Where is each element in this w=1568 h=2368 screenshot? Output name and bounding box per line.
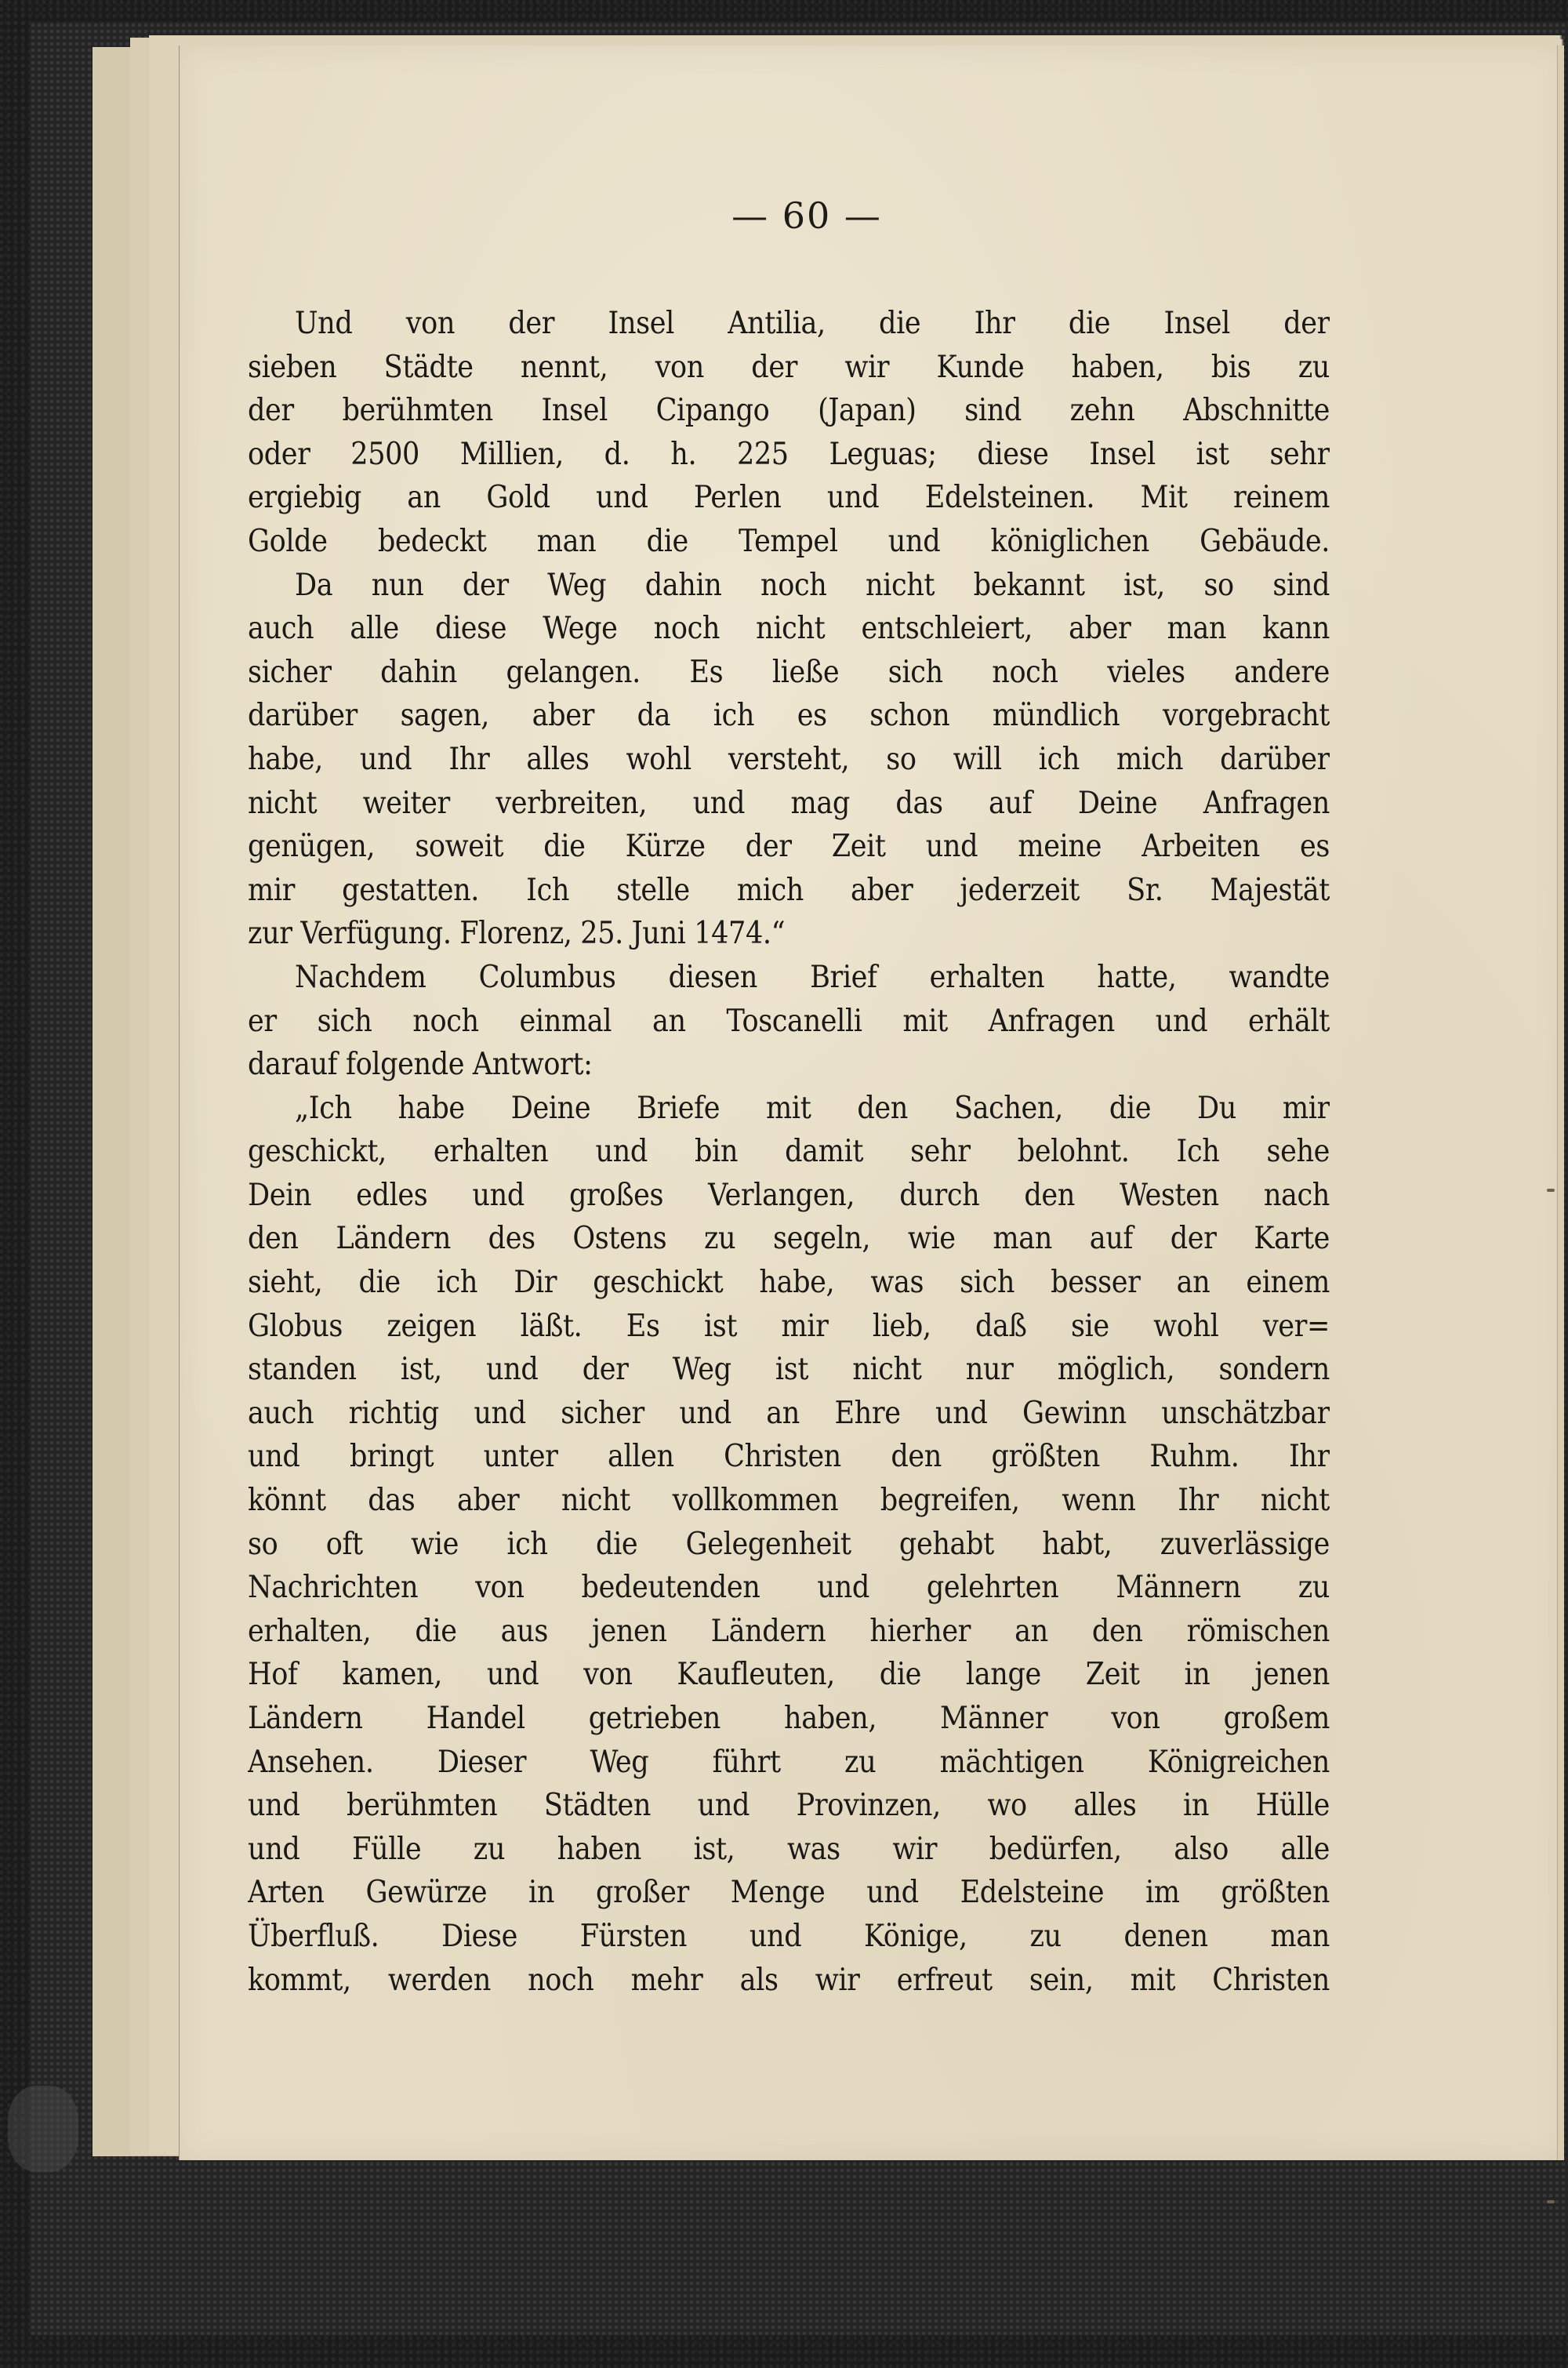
margin-mark <box>1547 2200 1555 2203</box>
cover-corner-wear <box>8 2086 78 2172</box>
text-line: Ländern Handel getrieben haben, Männer v… <box>248 1697 1330 1741</box>
text-line: oder 2500 Millien, d. h. 225 Leguas; die… <box>248 433 1330 477</box>
text-line: Arten Gewürze in großer Menge und Edelst… <box>248 1871 1330 1915</box>
text-line: standen ist, und der Weg ist nicht nur m… <box>248 1348 1330 1392</box>
text-line: könnt das aber nicht vollkommen begreife… <box>248 1479 1330 1523</box>
text-line: Da nun der Weg dahin noch nicht bekannt … <box>248 564 1330 608</box>
text-line: sieht, die ich Dir geschickt habe, was s… <box>248 1261 1330 1305</box>
text-line: Hof kamen, und von Kaufleuten, die lange… <box>248 1653 1330 1697</box>
text-line: Nachdem Columbus diesen Brief erhalten h… <box>248 956 1330 1000</box>
text-line: auch alle diese Wege noch nicht entschle… <box>248 607 1330 651</box>
text-line: Dein edles und großes Verlangen, durch d… <box>248 1174 1330 1218</box>
text-line: kommt, werden noch mehr als wir erfreut … <box>248 1959 1330 2003</box>
page-number: — 60 — <box>45 194 1568 237</box>
text-line: Und von der Insel Antilia, die Ihr die I… <box>248 302 1330 346</box>
text-line: und Fülle zu haben ist, was wir bedürfen… <box>248 1828 1330 1872</box>
text-line: geschickt, erhalten und bin damit sehr b… <box>248 1130 1330 1174</box>
text-line: mir gestatten. Ich stelle mich aber jede… <box>248 869 1330 913</box>
text-line: Nachrichten von bedeutenden und gelehrte… <box>248 1566 1330 1610</box>
text-line: darauf folgende Antwort: <box>248 1043 1330 1087</box>
text-line: der berühmten Insel Cipango (Japan) sind… <box>248 389 1330 433</box>
text-line: „Ich habe Deine Briefe mit den Sachen, d… <box>248 1087 1330 1131</box>
text-line: Globus zeigen läßt. Es ist mir lieb, daß… <box>248 1305 1330 1349</box>
text-line: Golde bedeckt man die Tempel und königli… <box>248 520 1330 564</box>
text-line: Überfluß. Diese Fürsten und Könige, zu d… <box>248 1915 1330 1959</box>
margin-mark <box>1547 1189 1555 1192</box>
text-line: genügen, soweit die Kürze der Zeit und m… <box>248 825 1330 869</box>
text-line: Ansehen. Dieser Weg führt zu mächtigen K… <box>248 1741 1330 1785</box>
text-line: nicht weiter verbreiten, und mag das auf… <box>248 782 1330 826</box>
text-line: sieben Städte nennt, von der wir Kunde h… <box>248 346 1330 390</box>
text-line: darüber sagen, aber da ich es schon münd… <box>248 694 1330 738</box>
text-line: auch richtig und sicher und an Ehre und … <box>248 1392 1330 1436</box>
text-line: habe, und Ihr alles wohl versteht, so wi… <box>248 738 1330 782</box>
text-line: den Ländern des Ostens zu segeln, wie ma… <box>248 1217 1330 1261</box>
text-line: und berühmten Städten und Provinzen, wo … <box>248 1784 1330 1828</box>
text-line: ergiebig an Gold und Perlen und Edelstei… <box>248 476 1330 520</box>
text-line: er sich noch einmal an Toscanelli mit An… <box>248 1000 1330 1044</box>
body-text: Und von der Insel Antilia, die Ihr die I… <box>248 302 1330 2002</box>
text-line: und bringt unter allen Christen den größ… <box>248 1435 1330 1479</box>
text-line: zur Verfügung. Florenz, 25. Juni 1474.“ <box>248 912 1330 956</box>
page-right-edge <box>1557 45 1564 2160</box>
text-line: erhalten, die aus jenen Ländern hierher … <box>248 1610 1330 1654</box>
text-line: so oft wie ich die Gelegenheit gehabt ha… <box>248 1523 1330 1567</box>
text-line: sicher dahin gelangen. Es ließe sich noc… <box>248 651 1330 695</box>
